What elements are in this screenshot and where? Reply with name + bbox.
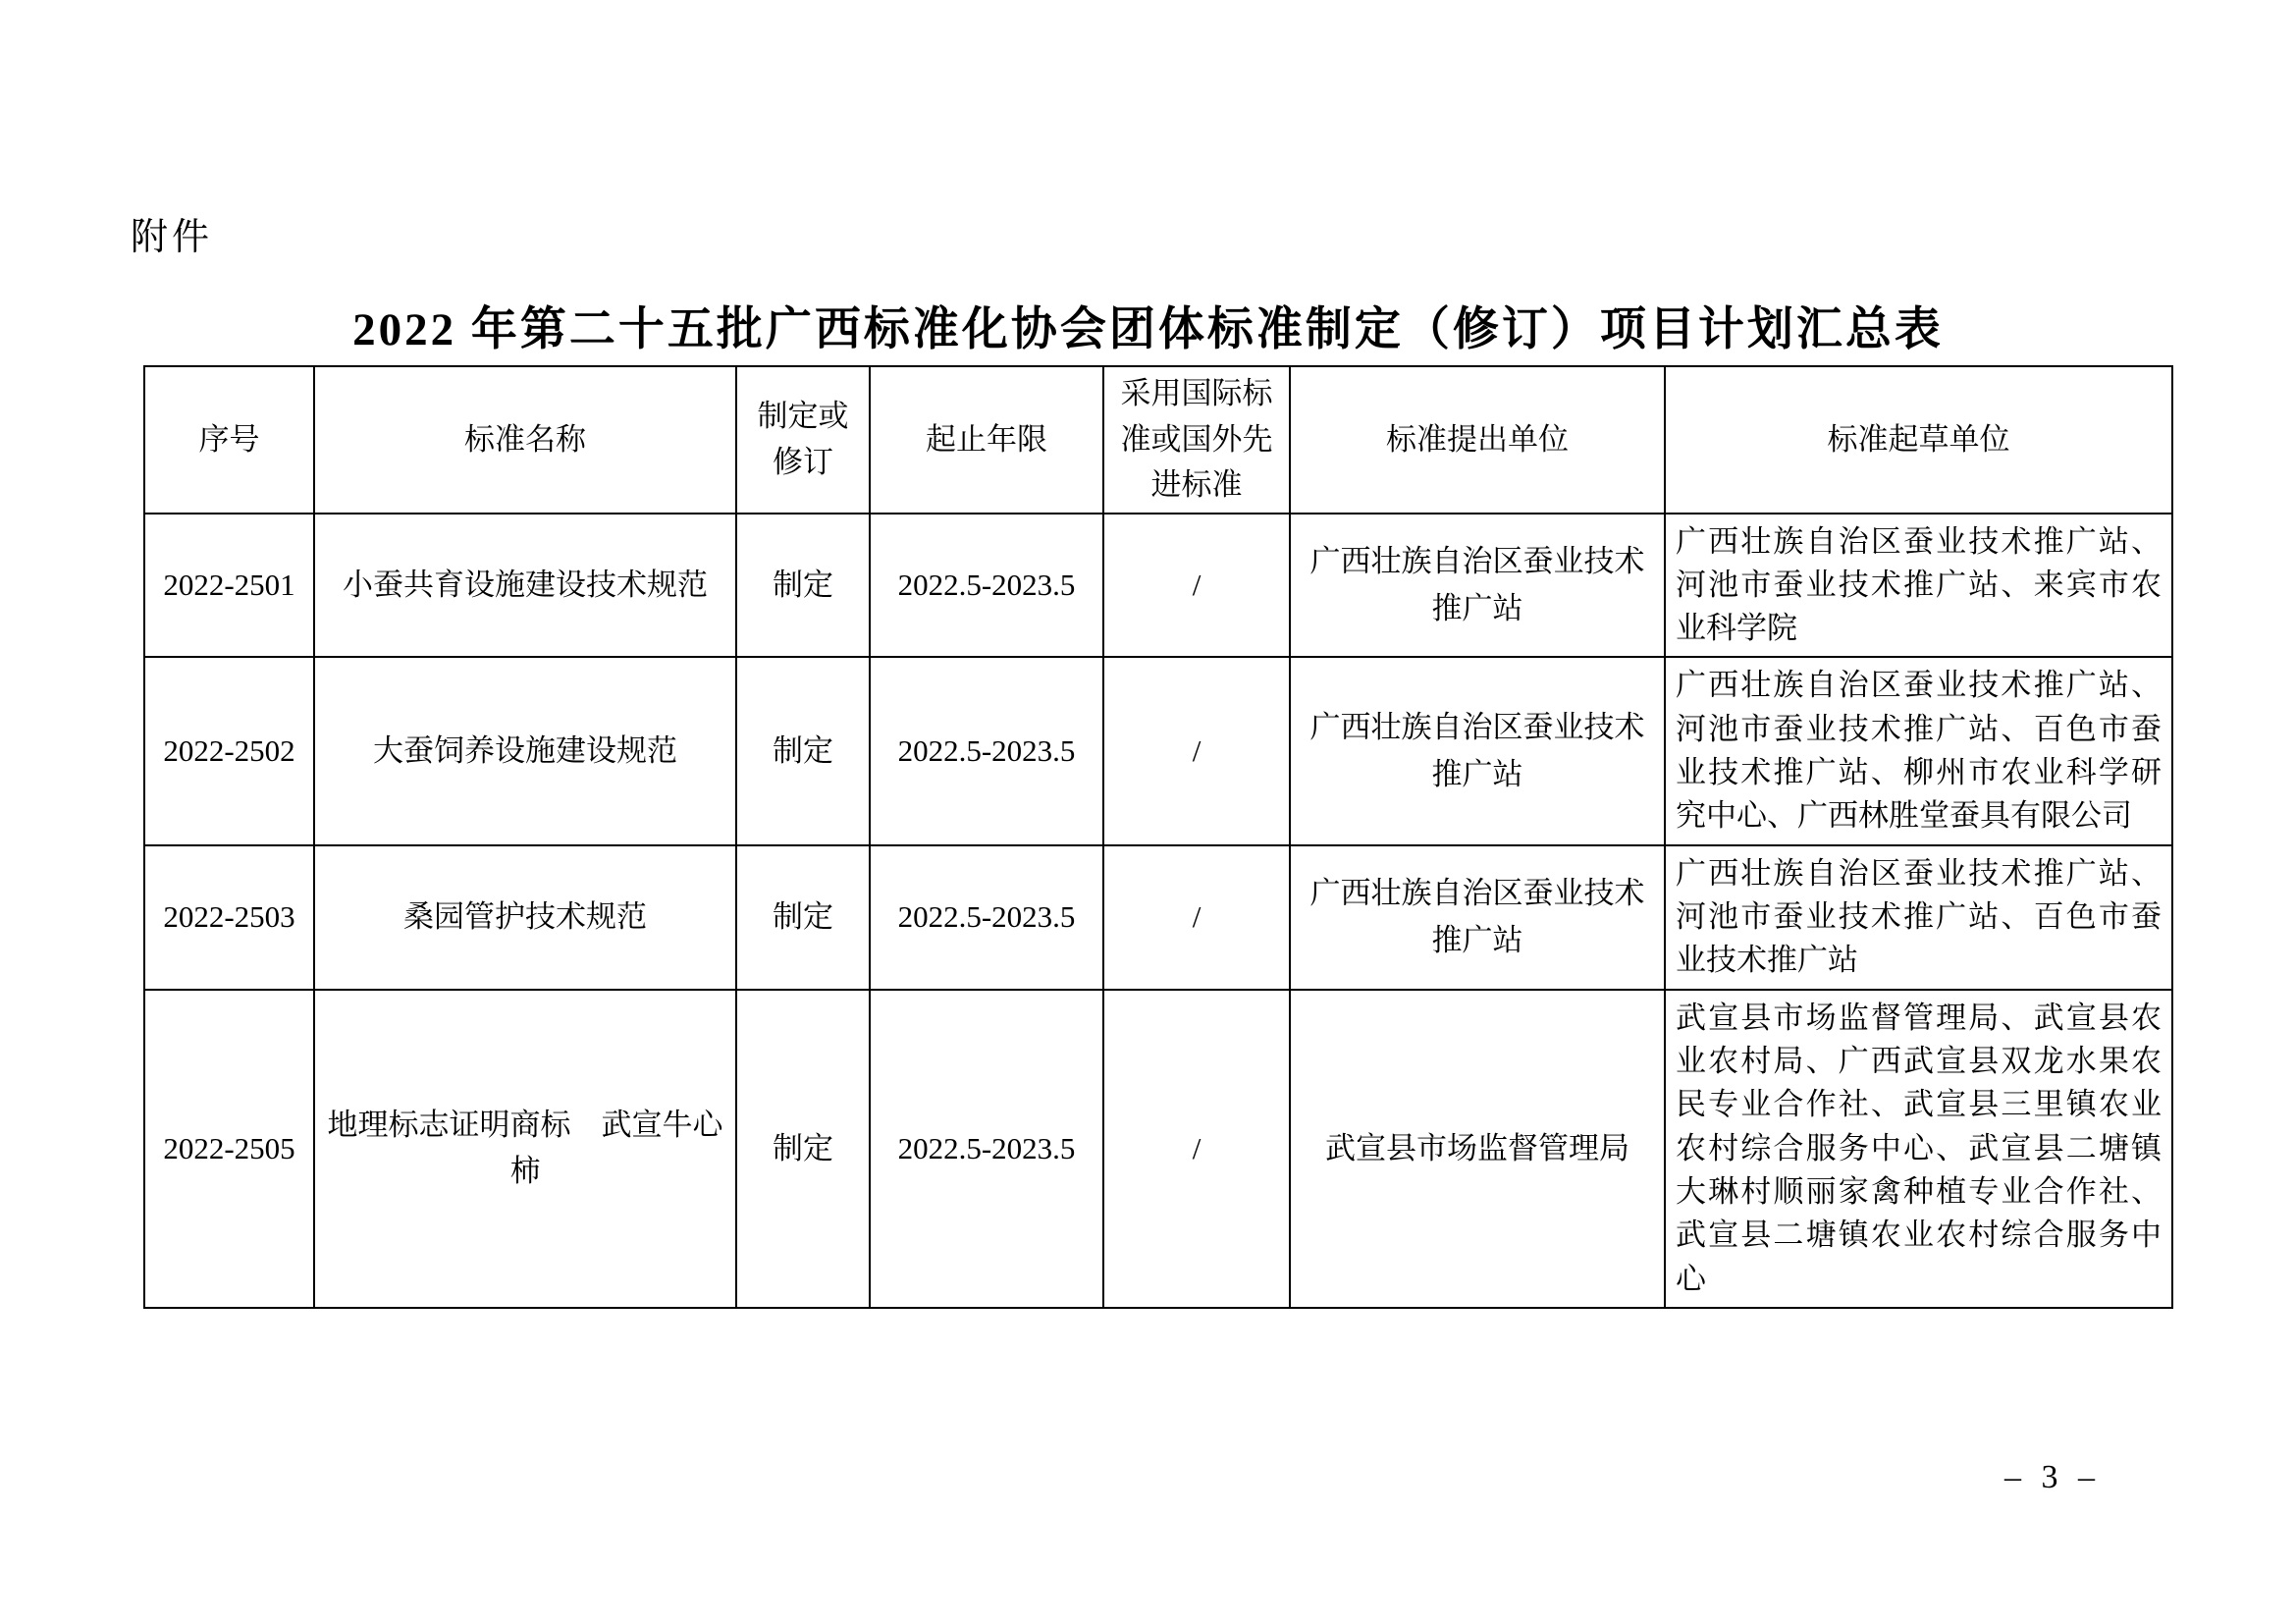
cell-drafter: 广西壮族自治区蚕业技术推广站、河池市蚕业技术推广站、百色市蚕业技术推广站 (1665, 845, 2172, 990)
table-row: 2022-2503 桑园管护技术规范 制定 2022.5-2023.5 / 广西… (144, 845, 2172, 990)
col-header-period: 起止年限 (870, 366, 1103, 514)
cell-adoption: / (1103, 990, 1290, 1308)
cell-adoption: / (1103, 845, 1290, 990)
cell-proposer: 武宣县市场监督管理局 (1290, 990, 1665, 1308)
attachment-label: 附件 (131, 206, 213, 260)
page-title: 2022 年第二十五批广西标准化协会团体标准制定（修订）项目计划汇总表 (0, 293, 2296, 358)
cell-proposer: 广西壮族自治区蚕业技术推广站 (1290, 514, 1665, 658)
table-row: 2022-2501 小蚕共育设施建设技术规范 制定 2022.5-2023.5 … (144, 514, 2172, 658)
cell-type: 制定 (736, 845, 870, 990)
cell-drafter: 广西壮族自治区蚕业技术推广站、河池市蚕业技术推广站、来宾市农业科学院 (1665, 514, 2172, 658)
cell-adoption: / (1103, 657, 1290, 844)
cell-drafter: 广西壮族自治区蚕业技术推广站、河池市蚕业技术推广站、百色市蚕业技术推广站、柳州市… (1665, 657, 2172, 844)
cell-standard-name: 地理标志证明商标 武宣牛心柿 (314, 990, 736, 1308)
table-header-row: 序号 标准名称 制定或 修订 起止年限 采用国际标 准或国外先 进标准 标准提出… (144, 366, 2172, 514)
cell-drafter: 武宣县市场监督管理局、武宣县农业农村局、广西武宣县双龙水果农民专业合作社、武宣县… (1665, 990, 2172, 1308)
cell-period: 2022.5-2023.5 (870, 845, 1103, 990)
table-row: 2022-2502 大蚕饲养设施建设规范 制定 2022.5-2023.5 / … (144, 657, 2172, 844)
cell-type: 制定 (736, 514, 870, 658)
col-header-drafter: 标准起草单位 (1665, 366, 2172, 514)
page-number: – 3 – (2004, 1459, 2101, 1496)
table-row: 2022-2505 地理标志证明商标 武宣牛心柿 制定 2022.5-2023.… (144, 990, 2172, 1308)
cell-proposer: 广西壮族自治区蚕业技术推广站 (1290, 657, 1665, 844)
cell-index: 2022-2501 (144, 514, 314, 658)
cell-period: 2022.5-2023.5 (870, 990, 1103, 1308)
cell-standard-name: 大蚕饲养设施建设规范 (314, 657, 736, 844)
cell-period: 2022.5-2023.5 (870, 514, 1103, 658)
cell-type: 制定 (736, 657, 870, 844)
cell-period: 2022.5-2023.5 (870, 657, 1103, 844)
col-header-proposer: 标准提出单位 (1290, 366, 1665, 514)
col-header-adoption: 采用国际标 准或国外先 进标准 (1103, 366, 1290, 514)
cell-type: 制定 (736, 990, 870, 1308)
cell-index: 2022-2503 (144, 845, 314, 990)
cell-index: 2022-2505 (144, 990, 314, 1308)
cell-proposer: 广西壮族自治区蚕业技术推广站 (1290, 845, 1665, 990)
document-page: 附件 2022 年第二十五批广西标准化协会团体标准制定（修订）项目计划汇总表 序… (0, 0, 2296, 1624)
cell-standard-name: 桑园管护技术规范 (314, 845, 736, 990)
cell-index: 2022-2502 (144, 657, 314, 844)
cell-standard-name: 小蚕共育设施建设技术规范 (314, 514, 736, 658)
col-header-index: 序号 (144, 366, 314, 514)
cell-adoption: / (1103, 514, 1290, 658)
col-header-type: 制定或 修订 (736, 366, 870, 514)
col-header-standard-name: 标准名称 (314, 366, 736, 514)
standards-plan-table: 序号 标准名称 制定或 修订 起止年限 采用国际标 准或国外先 进标准 标准提出… (143, 365, 2173, 1309)
